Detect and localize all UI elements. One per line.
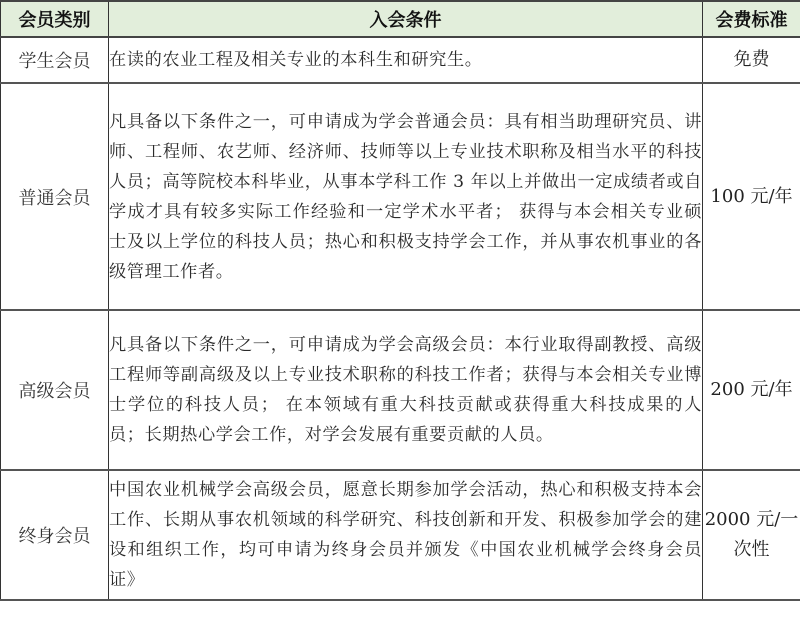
header-conditions: 入会条件 — [109, 1, 703, 37]
table-row: 高级会员 凡具备以下条件之一，可申请成为学会高级会员：本行业取得副教授、高级工程… — [1, 310, 800, 470]
condition-cell: 中国农业机械学会高级会员，愿意长期参加学会活动，热心和积极支持本会工作、长期从事… — [109, 470, 703, 600]
member-type-cell: 高级会员 — [1, 310, 109, 470]
fee-cell: 200 元/年 — [703, 310, 800, 470]
table-row: 普通会员 凡具备以下条件之一，可申请成为学会普通会员：具有相当助理研究员、讲师、… — [1, 83, 800, 310]
header-member-type: 会员类别 — [1, 1, 109, 37]
condition-cell: 凡具备以下条件之一，可申请成为学会普通会员：具有相当助理研究员、讲师、工程师、农… — [109, 83, 703, 310]
member-type-cell: 终身会员 — [1, 470, 109, 600]
table-row: 学生会员 在读的农业工程及相关专业的本科生和研究生。 免费 — [1, 37, 800, 83]
condition-cell: 凡具备以下条件之一，可申请成为学会高级会员：本行业取得副教授、高级工程师等副高级… — [109, 310, 703, 470]
member-type-cell: 学生会员 — [1, 37, 109, 83]
table-row: 终身会员 中国农业机械学会高级会员，愿意长期参加学会活动，热心和积极支持本会工作… — [1, 470, 800, 600]
header-fee: 会费标准 — [703, 1, 800, 37]
fee-cell: 100 元/年 — [703, 83, 800, 310]
table-header-row: 会员类别 入会条件 会费标准 — [1, 1, 800, 37]
condition-cell: 在读的农业工程及相关专业的本科生和研究生。 — [109, 37, 703, 83]
fee-cell: 免费 — [703, 37, 800, 83]
member-type-cell: 普通会员 — [1, 83, 109, 310]
fee-cell: 2000 元/一次性 — [703, 470, 800, 600]
membership-table: 会员类别 入会条件 会费标准 学生会员 在读的农业工程及相关专业的本科生和研究生… — [0, 0, 800, 601]
